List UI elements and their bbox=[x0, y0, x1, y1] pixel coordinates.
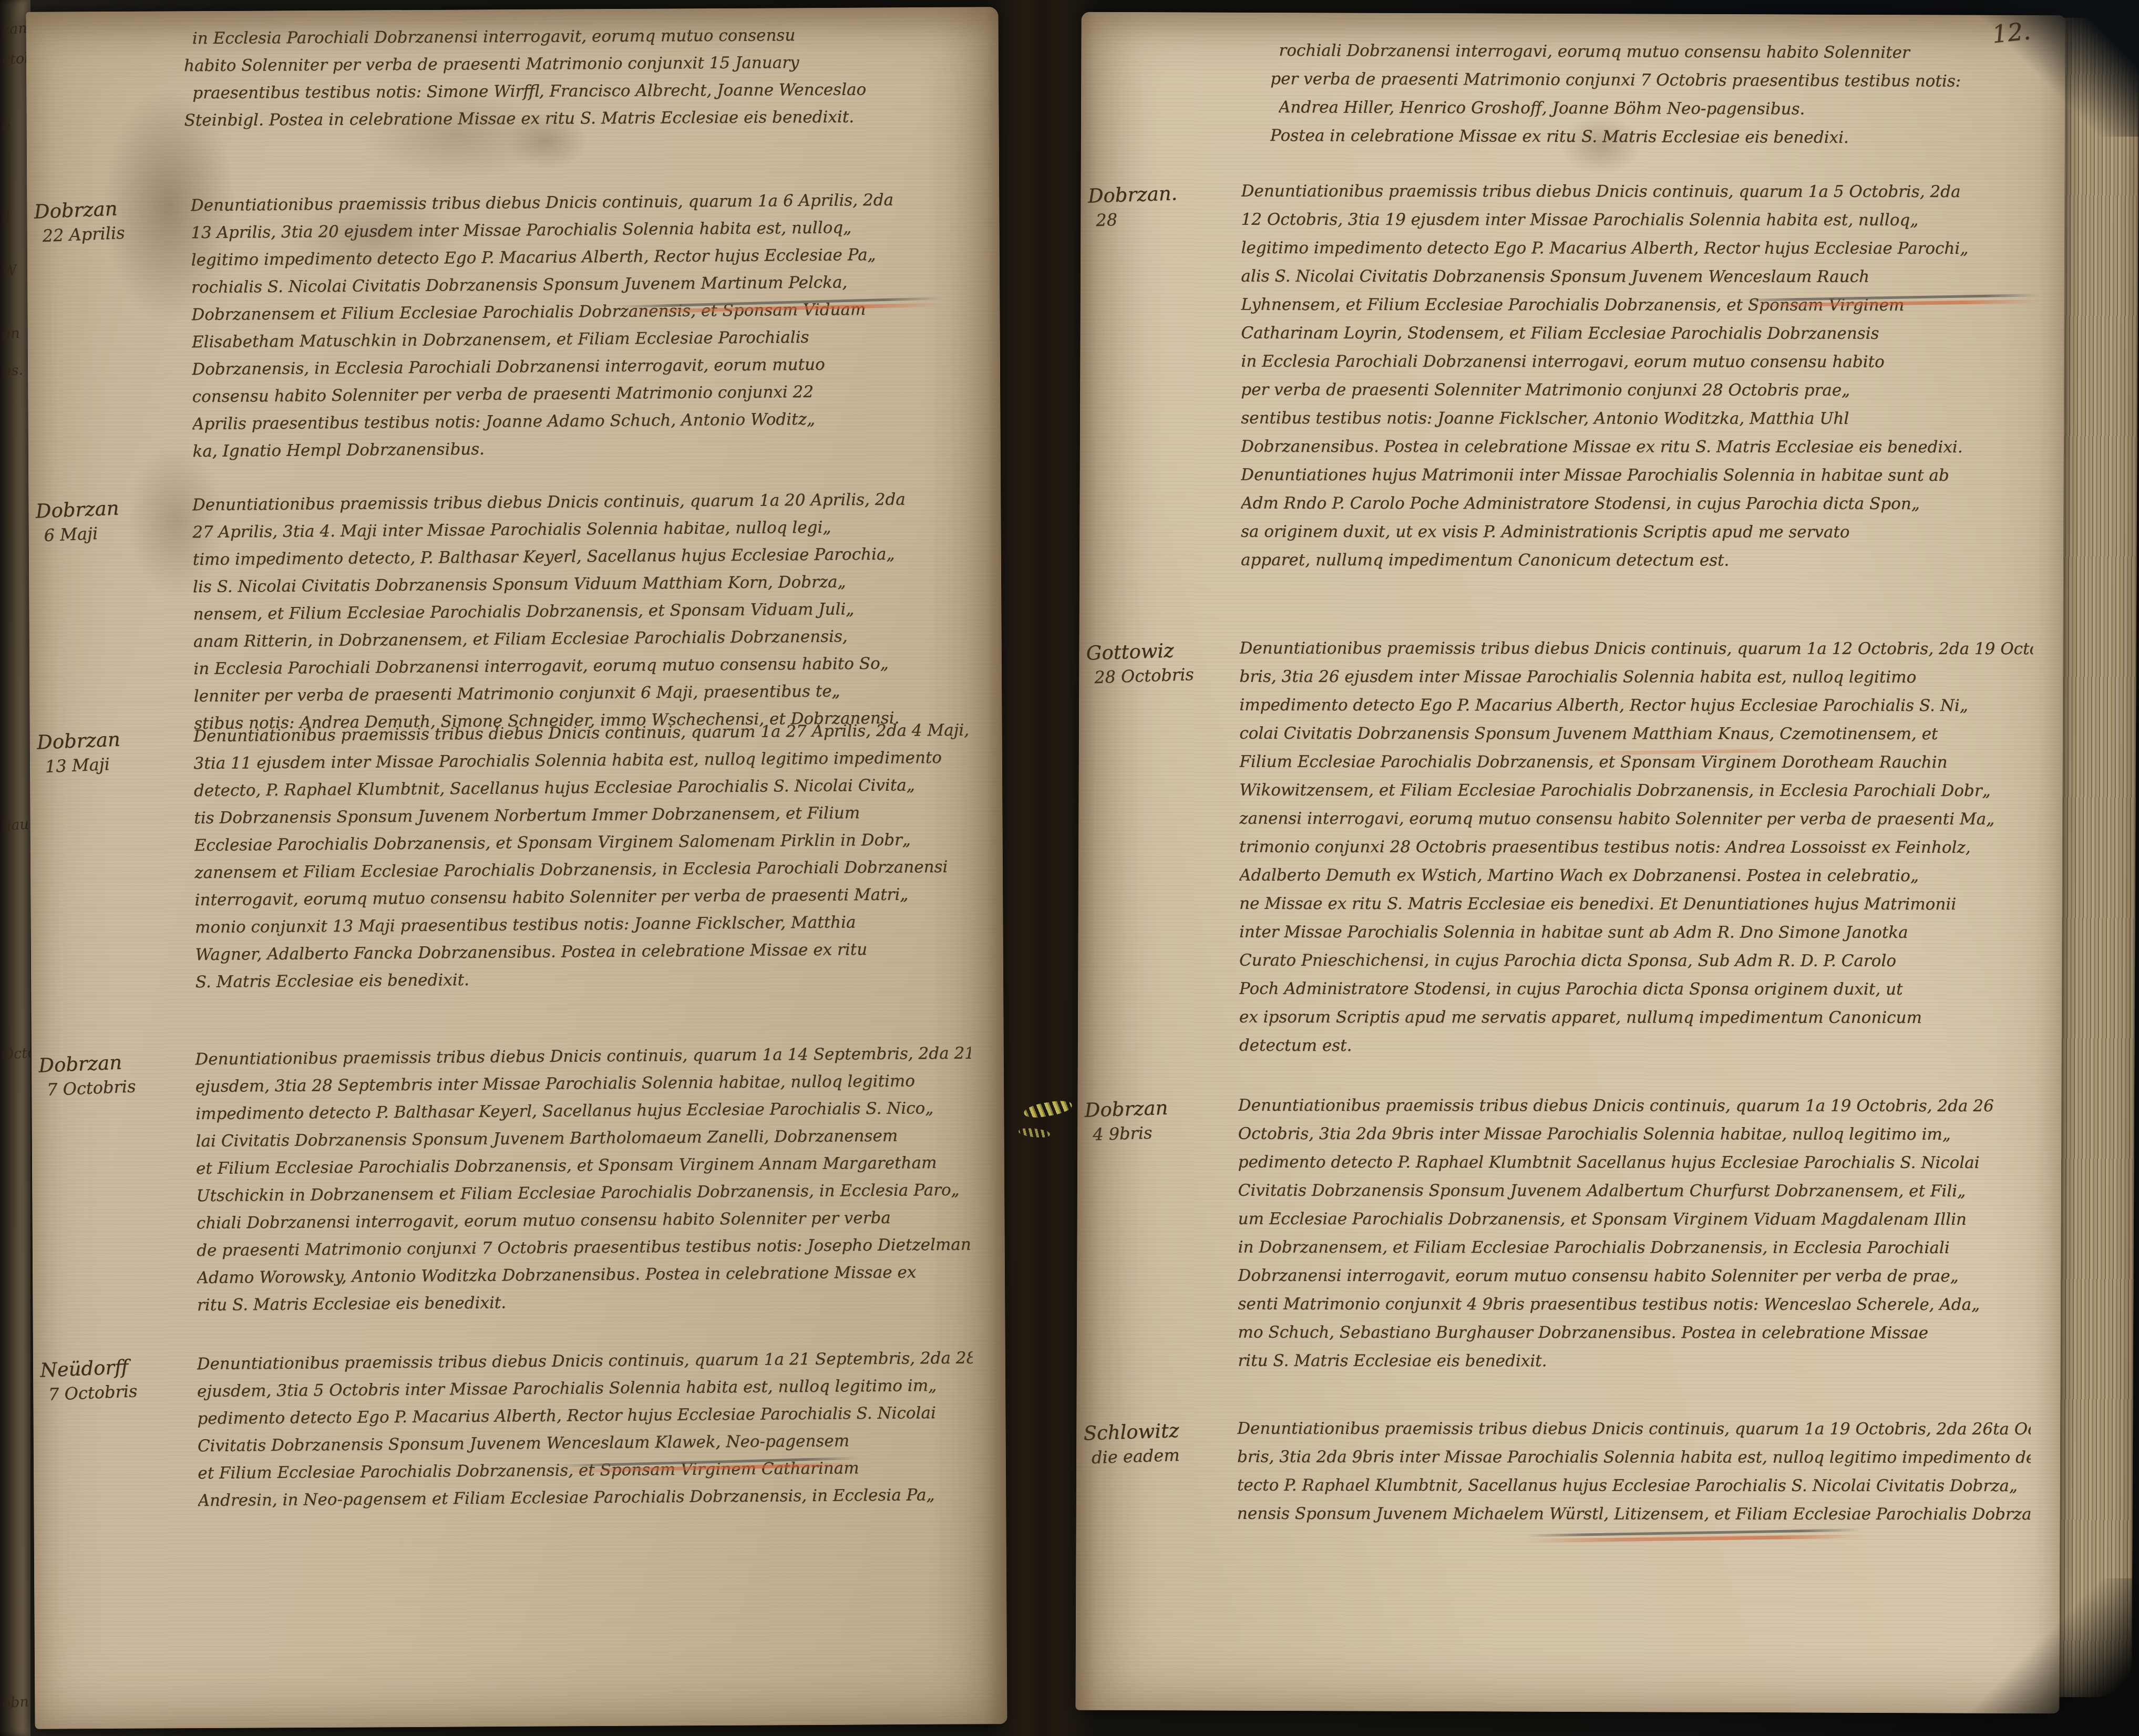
manuscript-line: impedimento detecto Ego P. Macarius Albe… bbox=[1239, 696, 2033, 725]
edge-text-fragment: an bbox=[2, 325, 20, 343]
manuscript-line: trimonio conjunxi 28 Octobris praesentib… bbox=[1239, 838, 2033, 866]
manuscript-line: ka, Ignatio Hempl Dobrzanensibus. bbox=[192, 436, 968, 470]
manuscript-book-scan: zan ctobr. é 4 W an ns. hau Octo obn in … bbox=[0, 0, 2139, 1736]
entry-margin-note: Dobrzan 22 Aprilis bbox=[34, 194, 182, 246]
register-entry: Dobrzan 6 Maji Denuntiationibus praemiss… bbox=[28, 490, 1002, 741]
register-entry: Dobrzan 7 Octobris Denuntiationibus prae… bbox=[32, 1045, 1005, 1323]
manuscript-line: Steinbigl. Postea in celebratione Missae… bbox=[184, 107, 951, 139]
manuscript-line: Dobrzanensibus. Postea in celebratione M… bbox=[1241, 437, 2034, 466]
margin-place: Schlowitz bbox=[1083, 1418, 1231, 1445]
margin-date: die eadem bbox=[1091, 1443, 1231, 1468]
entry-body: Denuntiationibus praemissis tribus diebu… bbox=[1241, 182, 2035, 580]
manuscript-line: Postea in celebratione Missae ex ritu S.… bbox=[1270, 126, 2023, 157]
manuscript-line: Adm Rndo P. Carolo Poche Administratore … bbox=[1241, 494, 2034, 523]
right-page: 12. rochiali Dobrzanensi interrogavi, eo… bbox=[1075, 12, 2065, 1714]
manuscript-line: ritu S. Matris Ecclesiae eis benedixit. bbox=[1238, 1351, 2031, 1380]
margin-date: 7 Octobris bbox=[48, 1379, 188, 1404]
manuscript-line: Denuntiationibus praemissis tribus diebu… bbox=[1238, 1096, 2032, 1125]
manuscript-line: detectum est. bbox=[1239, 1036, 2033, 1065]
entry-margin-note: Neüdorff 7 Octobris bbox=[39, 1353, 188, 1404]
manuscript-line: rochiali Dobrzanensi interrogavi, eorumq… bbox=[1279, 41, 2031, 72]
entry-body: Denuntiationibus praemissis tribus diebu… bbox=[197, 1349, 973, 1519]
manuscript-line: um Ecclesiae Parochialis Dobrzanensis, e… bbox=[1238, 1210, 2032, 1238]
margin-date: 22 Aprilis bbox=[42, 220, 182, 246]
manuscript-line: ritu S. Matris Ecclesiae eis benedixit. bbox=[197, 1290, 973, 1324]
edge-text-fragment: ns. bbox=[2, 362, 24, 380]
manuscript-line: S. Matris Ecclesiae eis benedixit. bbox=[196, 967, 971, 1000]
entry-margin-note: Dobrzan 4 9bris bbox=[1084, 1094, 1233, 1145]
manuscript-line: tecto P. Raphael Klumbtnit, Sacellanus h… bbox=[1237, 1476, 2031, 1505]
manuscript-line: in Dobrzanensem, et Filiam Ecclesiae Par… bbox=[1238, 1238, 2031, 1267]
entry-margin-note: Dobrzan. 28 bbox=[1087, 180, 1236, 231]
entry-body: Denuntiationibus praemissis tribus diebu… bbox=[1238, 1096, 2031, 1380]
manuscript-line: legitimo impedimento detecto Ego P. Maca… bbox=[1241, 239, 2034, 267]
edge-text-fragment: 4 bbox=[2, 209, 12, 225]
underline-annotation bbox=[559, 1460, 859, 1471]
manuscript-line: bris, 3tia 2da 9bris inter Missae Paroch… bbox=[1237, 1448, 2031, 1476]
edge-text-fragment: zan bbox=[2, 20, 28, 38]
entry-margin-note: Dobrzan 13 Maji bbox=[36, 725, 185, 777]
margin-date: 7 Octobris bbox=[46, 1074, 187, 1100]
manuscript-line: Curato Pnieschichensi, in cujus Parochia… bbox=[1239, 951, 2033, 980]
manuscript-line: Adalberto Demuth ex Wstich, Martino Wach… bbox=[1239, 866, 2033, 895]
margin-place: Dobrzan bbox=[35, 494, 183, 522]
register-entry: Dobrzan. 28 Denuntiationibus praemissis … bbox=[1079, 180, 2065, 581]
manuscript-line: inter Missae Parochialis Solennia in hab… bbox=[1239, 923, 2033, 952]
entry-margin-note: Dobrzan 6 Maji bbox=[35, 494, 184, 545]
underline-annotation bbox=[1526, 1531, 1862, 1541]
manuscript-line: Wikowitzensem, et Filiam Ecclesiae Paroc… bbox=[1239, 781, 2033, 810]
manuscript-line: apparet, nullumq impedimentum Canonicum … bbox=[1241, 551, 2034, 580]
entry-body: Denuntiationibus praemissis tribus diebu… bbox=[1237, 1419, 2031, 1533]
manuscript-line: mo Schuch, Sebastiano Burghauser Dobrzan… bbox=[1238, 1323, 2031, 1352]
manuscript-line: Civitatis Dobrzanensis Sponsum Juvenem A… bbox=[1238, 1181, 2032, 1210]
manuscript-line: Andresin, in Neo-pagensem et Filiam Eccl… bbox=[198, 1485, 973, 1519]
manuscript-line: in Ecclesia Parochiali Dobrzanensi inter… bbox=[1241, 352, 2034, 381]
register-entry: Neüdorff 7 Octobris Denuntiationibus pra… bbox=[33, 1349, 1006, 1518]
manuscript-line: nensis Sponsum Juvenem Michaelem Würstl,… bbox=[1237, 1504, 2031, 1533]
register-entry: Dobrzan 13 Maji Denuntiationibus praemis… bbox=[30, 721, 1004, 1000]
margin-place: Dobrzan bbox=[36, 725, 184, 753]
manuscript-line: ex ipsorum Scriptis apud me servatis app… bbox=[1239, 1008, 2033, 1037]
manuscript-line: Catharinam Loyrin, Stodensem, et Filiam … bbox=[1241, 324, 2034, 353]
manuscript-line: in Ecclesia Parochiali Dobrzanensi inter… bbox=[192, 25, 960, 57]
margin-place: Dobrzan bbox=[34, 194, 182, 223]
manuscript-line: per verba de praesenti Solenniter Matrim… bbox=[1241, 380, 2034, 409]
margin-place: Dobrzan bbox=[1084, 1094, 1232, 1122]
manuscript-line: bris, 3tia 26 ejusdem inter Missae Paroc… bbox=[1239, 667, 2033, 696]
underline-annotation bbox=[1573, 747, 1794, 754]
binding-thread bbox=[1023, 1098, 1073, 1120]
register-entry: Dobrzan 4 9bris Denuntiationibus praemis… bbox=[1077, 1094, 2062, 1382]
manuscript-line: senti Matrimonio conjunxit 4 9bris praes… bbox=[1238, 1295, 2031, 1324]
underline-annotation bbox=[1740, 296, 2040, 306]
binding-thread bbox=[1018, 1127, 1050, 1139]
manuscript-line: sa originem duxit, ut ex visis P. Admini… bbox=[1241, 522, 2034, 551]
register-entry: Gottowiz 28 Octobris Denuntiationibus pr… bbox=[1078, 637, 2063, 1067]
left-page-remnants: zan ctobr. é 4 W an ns. hau Octo obn bbox=[0, 0, 30, 1736]
manuscript-line: sentibus testibus notis: Joanne Ficklsch… bbox=[1241, 409, 2034, 438]
entry-body: Denuntiationibus praemissis tribus diebu… bbox=[193, 721, 971, 1000]
edge-text-fragment: é bbox=[2, 118, 11, 135]
manuscript-line: Dobrzanensi interrogavit, eorum mutuo co… bbox=[1238, 1266, 2031, 1295]
entry-body: Denuntiationibus praemissis tribus diebu… bbox=[195, 1044, 973, 1324]
entry-body: Denuntiationibus praemissis tribus diebu… bbox=[1239, 639, 2033, 1065]
manuscript-line: Poch Administratore Stodensi, in cujus P… bbox=[1239, 979, 2033, 1008]
margin-place: Neüdorff bbox=[39, 1353, 188, 1381]
manuscript-line: Denuntiationes hujus Matrimonii inter Mi… bbox=[1241, 466, 2034, 494]
manuscript-line: Andrea Hiller, Henrico Groshoff, Joanne … bbox=[1279, 98, 2031, 129]
margin-place: Gottowiz bbox=[1086, 637, 1233, 665]
manuscript-line: Denuntiationibus praemissis tribus diebu… bbox=[1239, 639, 2033, 668]
underline-annotation bbox=[616, 301, 942, 311]
register-entry: Schlowitz die eadem Denuntiationibus pra… bbox=[1076, 1418, 2061, 1535]
edge-text-fragment: W bbox=[2, 262, 17, 280]
manuscript-line: ne Missae ex ritu S. Matris Ecclesiae ei… bbox=[1239, 894, 2033, 923]
edge-text-fragment: hau bbox=[2, 816, 29, 834]
manuscript-line: Denuntiationibus praemissis tribus diebu… bbox=[1237, 1419, 2031, 1448]
manuscript-line: Filium Ecclesiae Parochialis Dobrzanensi… bbox=[1239, 752, 2033, 781]
manuscript-line: pedimento detecto P. Raphael Klumbtnit S… bbox=[1238, 1153, 2032, 1182]
margin-date: 28 Octobris bbox=[1094, 663, 1235, 687]
margin-date: 28 bbox=[1096, 206, 1236, 230]
manuscript-line: praesentibus testibus notis: Simone Wirf… bbox=[192, 80, 960, 111]
manuscript-line: per verba de praesenti Matrimonio conjun… bbox=[1270, 69, 2023, 100]
margin-place: Dobrzan bbox=[38, 1048, 186, 1077]
continuation-paragraph: in Ecclesia Parochiali Dobrzanensi inter… bbox=[184, 25, 952, 139]
left-page: in Ecclesia Parochiali Dobrzanensi inter… bbox=[26, 7, 1007, 1729]
manuscript-line: Denuntiationibus praemissis tribus diebu… bbox=[1241, 182, 2034, 211]
entry-body: Denuntiationibus praemissis tribus diebu… bbox=[191, 190, 969, 470]
margin-place: Dobrzan. bbox=[1087, 180, 1235, 208]
entry-margin-note: Schlowitz die eadem bbox=[1083, 1418, 1232, 1468]
entry-margin-note: Gottowiz 28 Octobris bbox=[1086, 637, 1235, 688]
manuscript-line: habito Solenniter per verba de praesenti… bbox=[184, 53, 951, 84]
edge-text-fragment: obn bbox=[2, 1693, 29, 1711]
continuation-paragraph: rochiali Dobrzanensi interrogavi, eorumq… bbox=[1270, 41, 2023, 157]
register-entry: Dobrzan 22 Aprilis Denuntiationibus prae… bbox=[27, 191, 1001, 469]
manuscript-line: alis S. Nicolai Civitatis Dobrzanensis S… bbox=[1241, 267, 2034, 296]
margin-date: 6 Maji bbox=[44, 520, 184, 545]
entry-body: Denuntiationibus praemissis tribus diebu… bbox=[192, 490, 970, 742]
margin-date: 4 9bris bbox=[1093, 1120, 1233, 1144]
manuscript-line: zanensi interrogavi, eorumq mutuo consen… bbox=[1239, 809, 2033, 838]
manuscript-line: 12 Octobris, 3tia 19 ejusdem inter Missa… bbox=[1241, 210, 2034, 239]
manuscript-line: Octobris, 3tia 2da 9bris inter Missae Pa… bbox=[1238, 1124, 2032, 1153]
entry-margin-note: Dobrzan 7 Octobris bbox=[38, 1048, 187, 1100]
margin-date: 13 Maji bbox=[45, 751, 185, 777]
